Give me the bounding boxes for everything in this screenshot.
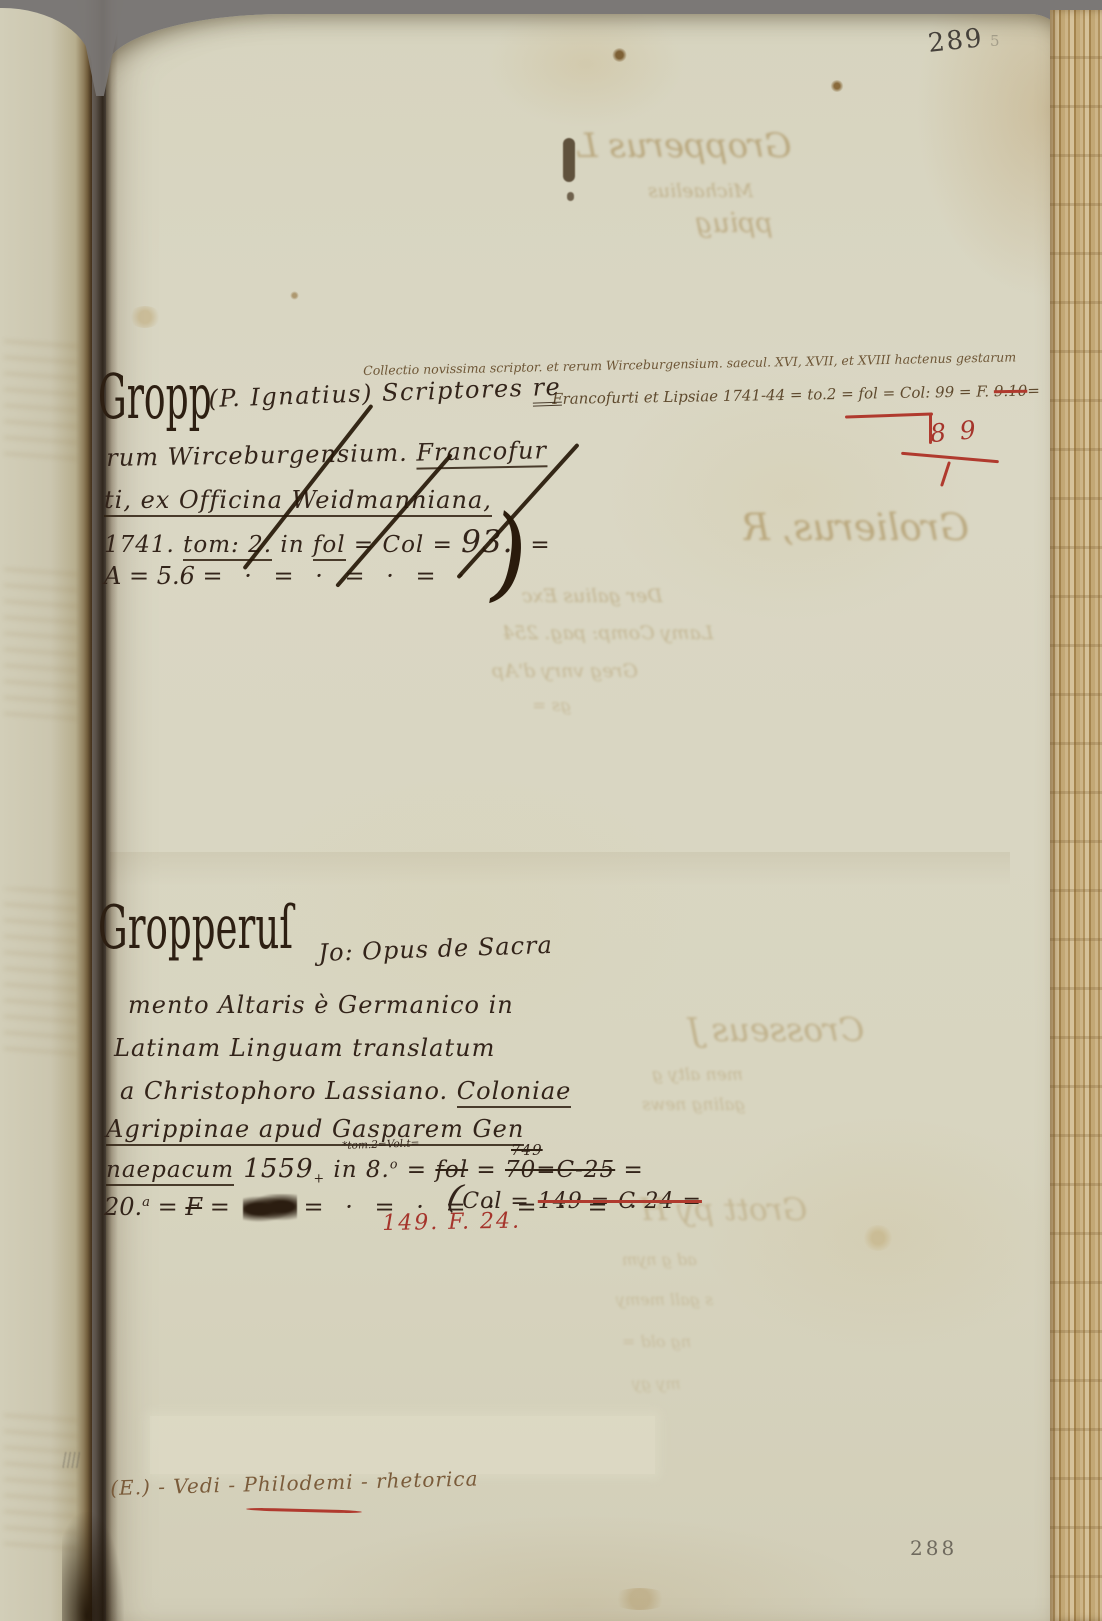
ghost-line: s gall memy bbox=[616, 1290, 713, 1309]
manuscript-page bbox=[106, 14, 1056, 1621]
interlinear-insertion: *tom.2=Vol.t= bbox=[342, 1137, 420, 1153]
entry-gropperus-line4: a Christophoro Lassiano. Coloniae bbox=[120, 1076, 571, 1106]
annotation-col-number: 99 bbox=[935, 383, 954, 401]
old-shelf-20: 20. bbox=[104, 1193, 142, 1221]
insertion-caret: + bbox=[314, 1171, 326, 1186]
imprint-publisher: Agrippinae apud Gasparem Gen bbox=[106, 1115, 524, 1146]
eq: = bbox=[202, 1193, 237, 1221]
format-folio: fol bbox=[313, 532, 346, 561]
book-gutter-shadow bbox=[84, 0, 118, 1621]
entry-gropp-line4: 1741. tom: 2. in fol = Col = 93.a = bbox=[104, 523, 551, 562]
annotation-shelf: = F. bbox=[954, 382, 994, 401]
ghost-line: galing news bbox=[642, 1095, 745, 1115]
shelfmark-a: A = 5.6 bbox=[104, 562, 203, 590]
ghost-line: ppiug bbox=[695, 208, 773, 239]
book-fore-edge bbox=[1050, 10, 1102, 1621]
imprint-city: Coloniae bbox=[457, 1077, 572, 1108]
red-shelfmark-number: 8 9 bbox=[929, 414, 980, 449]
fmt-in: in bbox=[272, 532, 313, 558]
crossref-letter: (E.) bbox=[110, 1475, 151, 1500]
eq: = bbox=[150, 1193, 185, 1221]
entry-gropperus-line5: Agrippinae apud Gasparem Gen bbox=[106, 1114, 524, 1144]
ghost-line: my gy bbox=[632, 1374, 681, 1393]
entry-gropperus-headword: Gropperuſ bbox=[98, 898, 293, 958]
red-bracket bbox=[929, 414, 932, 444]
entry-gropperus-line8: 20.a = F = = · = · = · = · = · bbox=[104, 1192, 644, 1224]
ghost-line: gs = bbox=[532, 696, 571, 716]
facing-page-edge bbox=[0, 8, 92, 1621]
annotation-old-shelfmark: 9.10 bbox=[994, 382, 1028, 401]
foxing-stain bbox=[610, 1588, 670, 1610]
manuscript-scan: Gropperus L Michaelius ppiug Grolierus, … bbox=[0, 0, 1102, 1621]
ghost-line: ad g nym bbox=[622, 1250, 697, 1269]
publisher-continued: naepacum bbox=[106, 1157, 234, 1186]
ghost-line: Michaelius bbox=[648, 180, 753, 202]
paper-discoloration-patch bbox=[150, 1416, 655, 1474]
entry-gropp-line5: A = 5.6 = · = · = · = · bbox=[104, 561, 472, 591]
crossref-suffix: - rhetorica bbox=[353, 1466, 479, 1493]
ghost-line: Greg vnry d'Ap bbox=[492, 660, 638, 682]
imprint-year: 1559 bbox=[234, 1154, 313, 1184]
facing-page-showthrough bbox=[4, 568, 78, 728]
ghost-line: Lamy Comp: pag. 254 bbox=[502, 622, 713, 644]
folio-number-top: 289 bbox=[927, 25, 985, 57]
struck-749: 749 bbox=[511, 1141, 543, 1160]
imprint-city-start: Francofur bbox=[416, 436, 547, 469]
paper-crease bbox=[110, 852, 1010, 886]
folio-number-bottom: 288 bbox=[910, 1536, 957, 1560]
crossref-vedi: - Vedi - bbox=[151, 1473, 244, 1499]
ink-bleed-mark bbox=[563, 138, 575, 182]
title-re: re bbox=[532, 373, 562, 407]
red-shelfmark-reference: 149. F. 24. bbox=[382, 1208, 521, 1238]
old-shelf-sup: a bbox=[142, 1195, 150, 1210]
folio-faint-mark: 5 bbox=[990, 32, 1000, 50]
entry-gropp-headword: Gropp bbox=[98, 366, 212, 428]
foxing-stain bbox=[290, 291, 299, 300]
annotation-eq: = bbox=[1027, 381, 1040, 399]
gutter-bottom-shadow bbox=[62, 1512, 124, 1621]
foxing-stain bbox=[128, 306, 162, 328]
eq: = bbox=[398, 1157, 435, 1183]
entry-gropperus-line3: Latinam Linguam translatum bbox=[114, 1033, 495, 1063]
translator: a Christophoro Lassiano. bbox=[120, 1077, 457, 1105]
ghost-line: Grolierus, R bbox=[742, 506, 969, 549]
margin-pencil-mark bbox=[62, 1452, 80, 1468]
foxing-stain bbox=[612, 48, 627, 62]
ghost-line: Crosseus J bbox=[688, 1010, 864, 1049]
facing-page-showthrough bbox=[4, 888, 78, 1063]
foxing-stain bbox=[862, 1225, 894, 1251]
entry-gropperus-line2: mento Altaris è Germanico in bbox=[128, 990, 514, 1020]
ghost-line: ng old = bbox=[622, 1332, 691, 1351]
crossref-keyword: Philodemi bbox=[243, 1470, 354, 1497]
imprint-year: 1741. bbox=[104, 532, 183, 558]
ghost-line: men alty g bbox=[652, 1065, 743, 1085]
ghost-line: Der galius Exc bbox=[522, 585, 663, 607]
entry-gropp-line2: rum Wirceburgensium. Francofur bbox=[106, 435, 547, 473]
struck-F: F bbox=[185, 1193, 202, 1221]
format: in 8. bbox=[325, 1157, 390, 1183]
foxing-stain bbox=[988, 495, 1032, 565]
foxing-stain bbox=[830, 80, 844, 92]
facing-page-showthrough bbox=[4, 338, 78, 468]
title-continued: rum Wirceburgensium. bbox=[106, 439, 417, 472]
ghost-line: Gropperus L bbox=[575, 126, 792, 166]
ink-blot bbox=[243, 1194, 297, 1224]
ink-bleed-dot bbox=[567, 192, 574, 201]
